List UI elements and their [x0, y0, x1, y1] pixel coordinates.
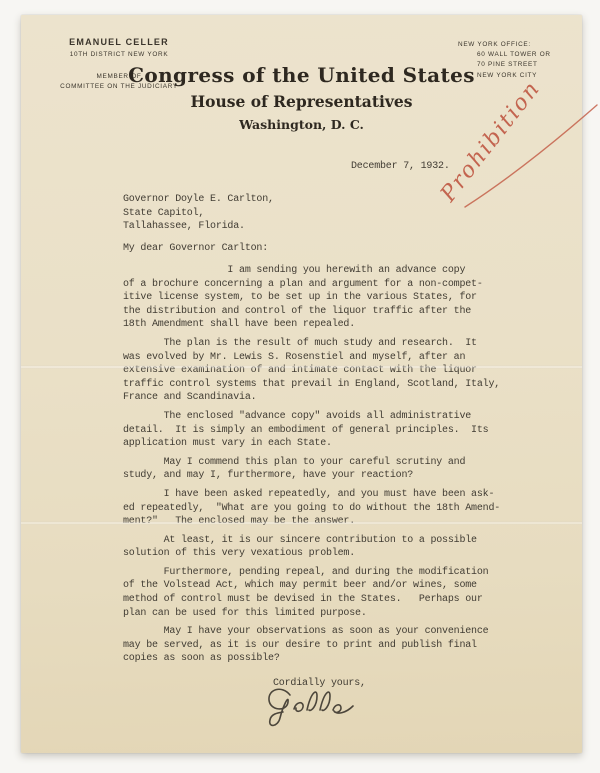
signature-stroke	[269, 689, 353, 725]
paragraph: Furthermore, pending repeal, and during …	[123, 566, 500, 620]
ny-office-address: 60 WALL TOWER OR 70 PINE STREET NEW YORK…	[458, 51, 551, 78]
paragraph: The plan is the result of much study and…	[123, 337, 500, 405]
letter-sheet: EMANUEL CELLER 10TH DISTRICT NEW YORK ME…	[21, 15, 582, 753]
washington-line: Washington, D. C.	[21, 117, 582, 132]
house-subtitle: House of Representatives	[21, 92, 582, 111]
ny-office-title: NEW YORK OFFICE:	[458, 41, 551, 48]
sender-district: 10TH DISTRICT NEW YORK	[39, 51, 199, 58]
letter-photo: EMANUEL CELLER 10TH DISTRICT NEW YORK ME…	[0, 0, 600, 773]
sender-name: EMANUEL CELLER	[39, 37, 199, 47]
signature	[254, 679, 364, 735]
paragraph: At least, it is our sincere contribution…	[123, 534, 500, 561]
letter-body: I am sending you herewith an advance cop…	[123, 264, 500, 671]
paragraph: May I commend this plan to your careful …	[123, 456, 500, 483]
paragraph: I am sending you herewith an advance cop…	[123, 264, 500, 332]
ny-office-line: NEW YORK CITY	[477, 72, 551, 79]
letterhead-ny-office-block: NEW YORK OFFICE: 60 WALL TOWER OR 70 PIN…	[458, 41, 551, 79]
paragraph: The enclosed "advance copy" avoids all a…	[123, 410, 500, 451]
paragraph: May I have your observations as soon as …	[123, 625, 500, 666]
salutation: My dear Governor Carlton:	[123, 242, 268, 256]
ny-office-line: 70 PINE STREET	[477, 61, 551, 68]
ny-office-line: 60 WALL TOWER OR	[477, 51, 551, 58]
recipient-address: Governor Doyle E. Carlton, State Capitol…	[123, 193, 274, 234]
paragraph: I have been asked repeatedly, and you mu…	[123, 488, 500, 529]
date-line: December 7, 1932.	[351, 160, 450, 174]
